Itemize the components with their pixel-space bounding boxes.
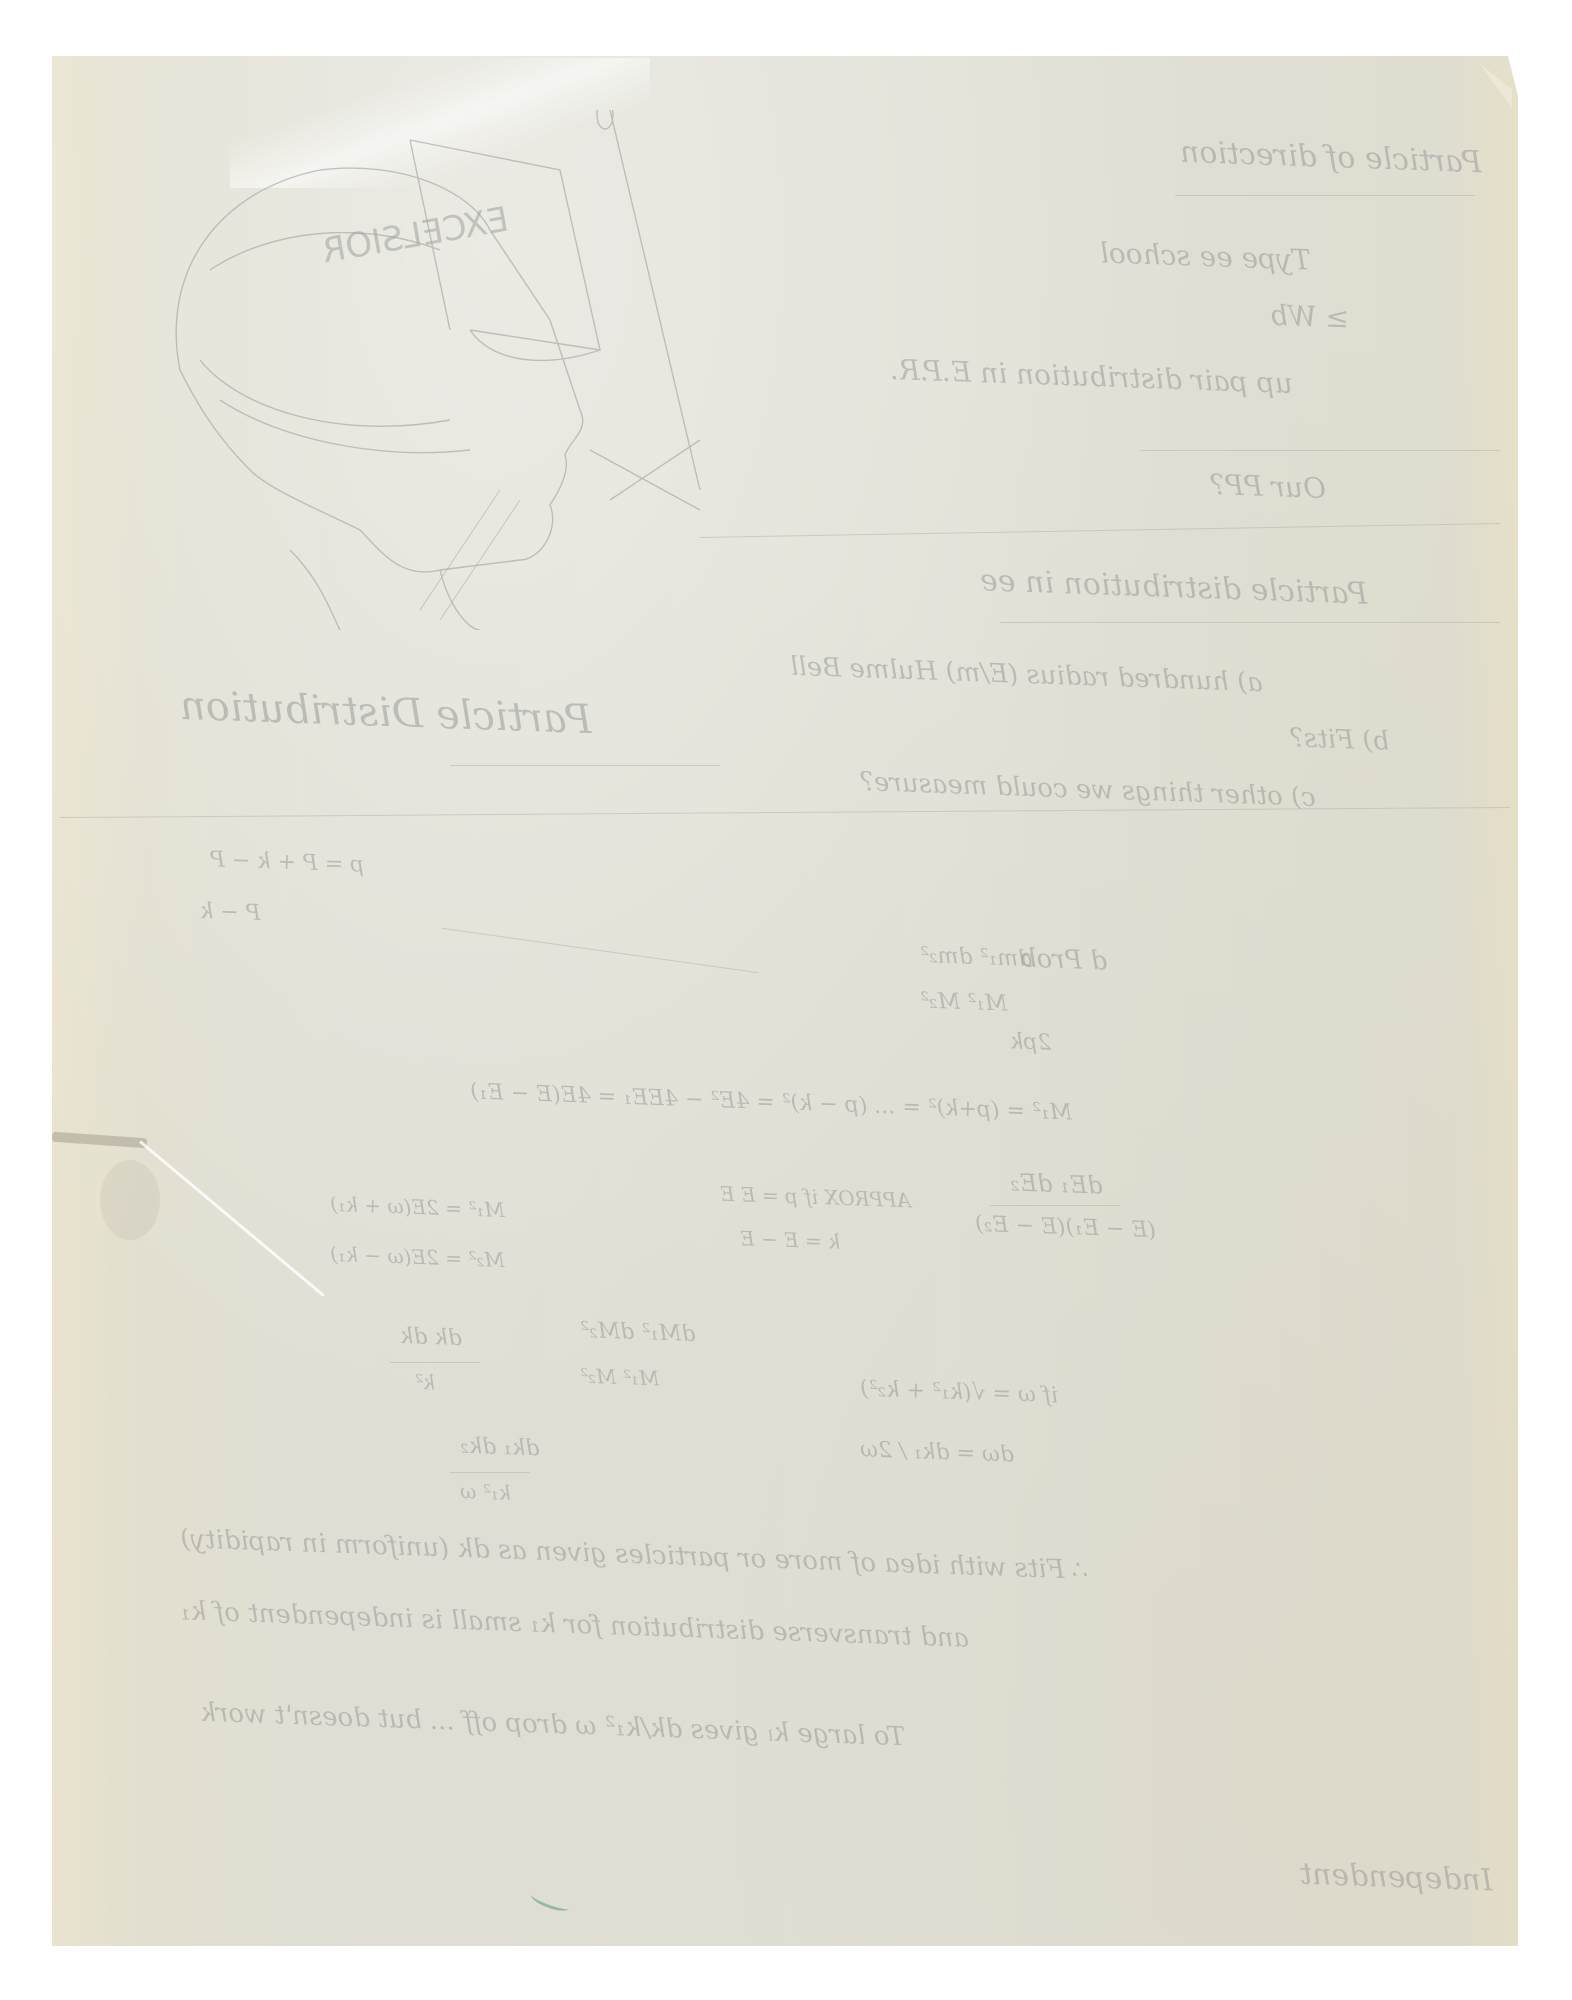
math-frac-num: dE₁ dE₂: [1010, 1168, 1104, 1199]
top-line4: Our PP?: [1209, 468, 1326, 505]
rule-line: [1140, 450, 1500, 451]
frac-bar: [390, 1362, 480, 1363]
rule-line: [1175, 195, 1475, 196]
math-final-den: k₁² ω: [460, 1479, 512, 1505]
math-final-num: dk₁ dk₂: [460, 1434, 540, 1462]
left-eq-line1: p = P + k − P: [210, 847, 365, 877]
pencil-sketch-icon: EXCELSIOR: [140, 110, 840, 630]
math-prob-terms: dm₁² dm₂²: [920, 943, 1033, 972]
math-ratio-lhs: dM₁² dM₂²: [580, 1318, 696, 1347]
math-prob-sub: 2pk: [1010, 1029, 1052, 1055]
frac-bar: [990, 1205, 1120, 1206]
rule-line: [1000, 622, 1500, 623]
section2-item-b: b) Fits?: [1290, 723, 1390, 756]
top-line2: ≥ Wb: [1269, 299, 1349, 335]
signature: Independent: [1299, 1857, 1493, 1899]
left-eq-line2: P − k: [200, 899, 261, 926]
math-prob-label: d Prob: [1020, 943, 1108, 976]
math-ratio-rhs: dk dk: [400, 1324, 463, 1351]
math-prob-denoms: M₁² M₂²: [920, 988, 1008, 1016]
paper-stain: [100, 1160, 160, 1240]
flag-text: EXCELSIOR: [319, 199, 512, 271]
frac-bar: [450, 1472, 530, 1473]
math-approx-sub: k = E − E: [740, 1226, 841, 1253]
rule-line: [450, 765, 720, 766]
math-ratio-rhs-den: k²: [415, 1370, 436, 1395]
math-dw: dω = dk₁ / 2ω: [860, 1437, 1015, 1467]
math-ratio-den: M₁² M₂²: [580, 1364, 660, 1391]
